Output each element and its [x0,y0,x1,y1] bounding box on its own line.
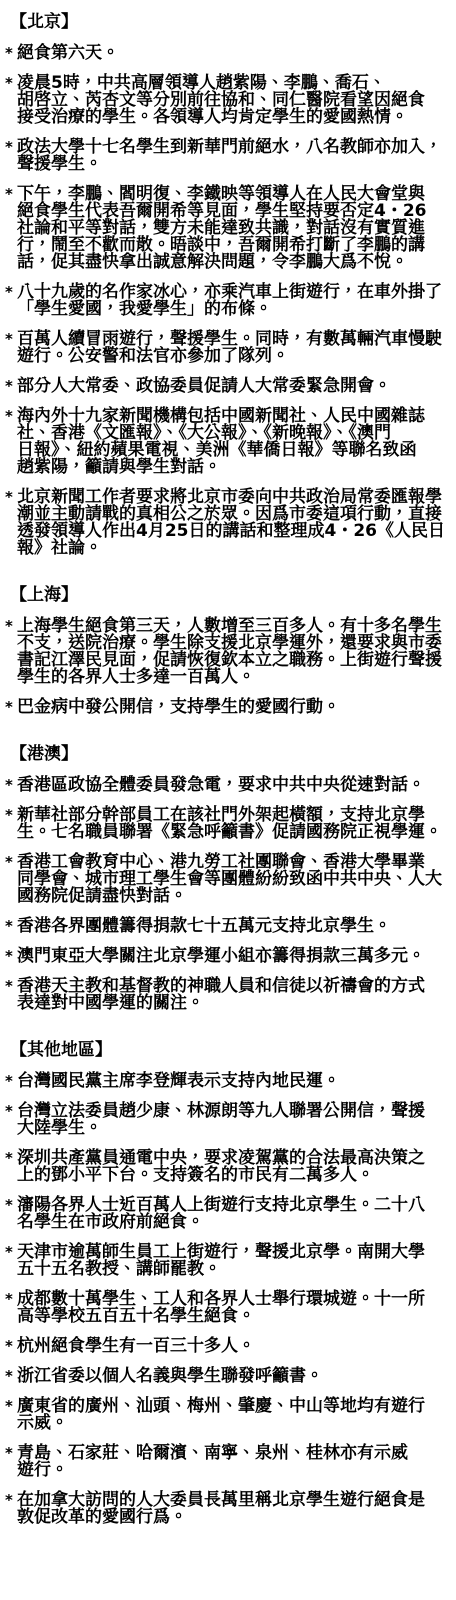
bullet-text: 凌晨5時，中共高層領導人趙紫陽、李鵬、喬石、 胡啓立、芮杏文等分別前往協和、同仁… [17,75,454,126]
bullet-item: *香港工會教育中心、港九勞工社團聯會、香港大學畢業 同學會、城市理工學生會等團體… [5,854,454,905]
bullet-item: *深圳共產黨員通電中央，要求凌駕黨的合法最高決策之 上的鄧小平下台。支持簽名的市… [5,1150,454,1184]
bullet-text: 成都數十萬學生、工人和各界人士舉行環城遊。十一所 高等學校五百五十名學生絕食。 [17,1291,454,1325]
bullet-item: *新華社部分幹部員工在該社門外架起橫額，支持北京學 生。七名職員聯署《緊急呼籲書… [5,807,454,841]
section-beijing: 【北京】*絕食第六天。*凌晨5時，中共高層領導人趙紫陽、李鵬、喬石、 胡啓立、芮… [5,12,454,557]
asterisk-bullet-icon: * [5,618,17,635]
bullet-item: *下午，李鵬、閻明復、李鐵映等領導人在人民大會堂與 絕食學生代表吾爾開希等見面，… [5,186,454,271]
bullet-text: 香港區政協全體委員發急電，要求中共中央從速對話。 [17,777,454,794]
asterisk-bullet-icon: * [5,1368,17,1385]
asterisk-bullet-icon: * [5,489,17,506]
bullet-text: 浙江省委以個人名義與學生聯發呼籲書。 [17,1368,454,1385]
bullet-text: 台灣立法委員趙少康、林源朗等九人聯署公開信，聲援 大陸學生。 [17,1103,454,1137]
asterisk-bullet-icon: * [5,139,17,156]
asterisk-bullet-icon: * [5,699,17,716]
bullet-text: 八十九歲的名作家冰心，亦乘汽車上街遊行，在車外掛了 「學生愛國，我愛學生」的布條… [17,284,454,318]
section-other-regions: 【其他地區】*台灣國民黨主席李登輝表示支持內地民運。*台灣立法委員趙少康、林源朗… [5,1040,454,1526]
bullet-item: *浙江省委以個人名義與學生聯發呼籲書。 [5,1368,454,1385]
bullet-text: 百萬人續冒雨遊行，聲援學生。同時，有數萬輛汽車慢駛 遊行。公安警和法官亦參加了隊… [17,331,454,365]
section-hongkong-macau: 【港澳】*香港區政協全體委員發急電，要求中共中央從速對話。*新華社部分幹部員工在… [5,744,454,1012]
asterisk-bullet-icon: * [5,45,17,62]
asterisk-bullet-icon: * [5,1073,17,1090]
bullet-item: *海內外十九家新聞機構包括中國新聞社、人民中國雜誌 社、香港《文匯報》、《大公報… [5,408,454,476]
asterisk-bullet-icon: * [5,807,17,824]
section-title: 【港澳】 [5,744,454,764]
asterisk-bullet-icon: * [5,1244,17,1261]
bullet-text: 香港各界團體籌得捐款七十五萬元支持北京學生。 [17,918,454,935]
bullet-text: 巴金病中發公開信，支持學生的愛國行動。 [17,699,454,716]
bullet-text: 絕食第六天。 [17,45,454,62]
asterisk-bullet-icon: * [5,1197,17,1214]
bullet-text: 杭州絕食學生有一百三十多人。 [17,1338,454,1355]
asterisk-bullet-icon: * [5,1445,17,1462]
section-title: 【其他地區】 [5,1040,454,1060]
bullet-text: 青島、石家莊、哈爾濱、南寧、泉州、桂林亦有示威 遊行。 [17,1445,454,1479]
asterisk-bullet-icon: * [5,854,17,871]
asterisk-bullet-icon: * [5,408,17,425]
bullet-item: *青島、石家莊、哈爾濱、南寧、泉州、桂林亦有示威 遊行。 [5,1445,454,1479]
bullet-item: *廣東省的廣州、汕頭、梅州、肇慶、中山等地均有遊行 示威。 [5,1398,454,1432]
bullet-item: *上海學生絕食第三天，人數增至三百多人。有十多名學生 不支，送院治療。學生除支援… [5,618,454,686]
bullet-text: 澳門東亞大學關注北京學運小組亦籌得捐款三萬多元。 [17,948,454,965]
news-digest-document: 【北京】*絕食第六天。*凌晨5時，中共高層領導人趙紫陽、李鵬、喬石、 胡啓立、芮… [0,0,456,1546]
bullet-item: *香港天主教和基督教的神職人員和信徒以祈禱會的方式 表達對中國學運的關注。 [5,978,454,1012]
bullet-text: 瀋陽各界人士近百萬人上街遊行支持北京學生。二十八 名學生在市政府前絕食。 [17,1197,454,1231]
bullet-item: *部分人大常委、政協委員促請人大常委緊急開會。 [5,378,454,395]
bullet-item: *絕食第六天。 [5,45,454,62]
bullet-text: 北京新聞工作者要求將北京市委向中共政治局常委匯報學 潮並主動請戰的真相公之於眾。… [17,489,454,557]
bullet-item: *凌晨5時，中共高層領導人趙紫陽、李鵬、喬石、 胡啓立、芮杏文等分別前往協和、同… [5,75,454,126]
bullet-item: *巴金病中發公開信，支持學生的愛國行動。 [5,699,454,716]
asterisk-bullet-icon: * [5,777,17,794]
bullet-text: 廣東省的廣州、汕頭、梅州、肇慶、中山等地均有遊行 示威。 [17,1398,454,1432]
asterisk-bullet-icon: * [5,978,17,995]
asterisk-bullet-icon: * [5,186,17,203]
asterisk-bullet-icon: * [5,1150,17,1167]
section-title: 【北京】 [5,12,454,32]
asterisk-bullet-icon: * [5,1492,17,1509]
bullet-text: 下午，李鵬、閻明復、李鐵映等領導人在人民大會堂與 絕食學生代表吾爾開希等見面，學… [17,186,454,271]
bullet-item: *香港各界團體籌得捐款七十五萬元支持北京學生。 [5,918,454,935]
bullet-text: 部分人大常委、政協委員促請人大常委緊急開會。 [17,378,454,395]
asterisk-bullet-icon: * [5,948,17,965]
asterisk-bullet-icon: * [5,331,17,348]
bullet-text: 香港天主教和基督教的神職人員和信徒以祈禱會的方式 表達對中國學運的關注。 [17,978,454,1012]
bullet-item: *政法大學十七名學生到新華門前絕水，八名教師亦加入， 聲援學生。 [5,139,454,173]
bullet-item: *香港區政協全體委員發急電，要求中共中央從速對話。 [5,777,454,794]
bullet-item: *百萬人續冒雨遊行，聲援學生。同時，有數萬輛汽車慢駛 遊行。公安警和法官亦參加了… [5,331,454,365]
bullet-text: 香港工會教育中心、港九勞工社團聯會、香港大學畢業 同學會、城市理工學生會等團體紛… [17,854,454,905]
bullet-item: *台灣國民黨主席李登輝表示支持內地民運。 [5,1073,454,1090]
section-shanghai: 【上海】*上海學生絕食第三天，人數增至三百多人。有十多名學生 不支，送院治療。學… [5,585,454,716]
bullet-item: *杭州絕食學生有一百三十多人。 [5,1338,454,1355]
bullet-text: 台灣國民黨主席李登輝表示支持內地民運。 [17,1073,454,1090]
asterisk-bullet-icon: * [5,1398,17,1415]
asterisk-bullet-icon: * [5,378,17,395]
bullet-text: 上海學生絕食第三天，人數增至三百多人。有十多名學生 不支，送院治療。學生除支援北… [17,618,454,686]
bullet-text: 在加拿大訪問的人大委員長萬里稱北京學生遊行絕食是 敦促改革的愛國行爲。 [17,1492,454,1526]
bullet-item: *天津市逾萬師生員工上街遊行，聲援北京學。南開大學 五十五名教授、講師罷教。 [5,1244,454,1278]
section-title: 【上海】 [5,585,454,605]
asterisk-bullet-icon: * [5,1103,17,1120]
asterisk-bullet-icon: * [5,1291,17,1308]
bullet-item: *八十九歲的名作家冰心，亦乘汽車上街遊行，在車外掛了 「學生愛國，我愛學生」的布… [5,284,454,318]
bullet-text: 新華社部分幹部員工在該社門外架起橫額，支持北京學 生。七名職員聯署《緊急呼籲書》… [17,807,454,841]
bullet-text: 深圳共產黨員通電中央，要求凌駕黨的合法最高決策之 上的鄧小平下台。支持簽名的市民… [17,1150,454,1184]
bullet-text: 天津市逾萬師生員工上街遊行，聲援北京學。南開大學 五十五名教授、講師罷教。 [17,1244,454,1278]
asterisk-bullet-icon: * [5,918,17,935]
bullet-item: *北京新聞工作者要求將北京市委向中共政治局常委匯報學 潮並主動請戰的真相公之於眾… [5,489,454,557]
bullet-item: *瀋陽各界人士近百萬人上街遊行支持北京學生。二十八 名學生在市政府前絕食。 [5,1197,454,1231]
bullet-item: *在加拿大訪問的人大委員長萬里稱北京學生遊行絕食是 敦促改革的愛國行爲。 [5,1492,454,1526]
asterisk-bullet-icon: * [5,75,17,92]
bullet-item: *台灣立法委員趙少康、林源朗等九人聯署公開信，聲援 大陸學生。 [5,1103,454,1137]
bullet-item: *成都數十萬學生、工人和各界人士舉行環城遊。十一所 高等學校五百五十名學生絕食。 [5,1291,454,1325]
asterisk-bullet-icon: * [5,284,17,301]
bullet-text: 海內外十九家新聞機構包括中國新聞社、人民中國雜誌 社、香港《文匯報》、《大公報》… [17,408,454,476]
asterisk-bullet-icon: * [5,1338,17,1355]
bullet-text: 政法大學十七名學生到新華門前絕水，八名教師亦加入， 聲援學生。 [17,139,454,173]
bullet-item: *澳門東亞大學關注北京學運小組亦籌得捐款三萬多元。 [5,948,454,965]
